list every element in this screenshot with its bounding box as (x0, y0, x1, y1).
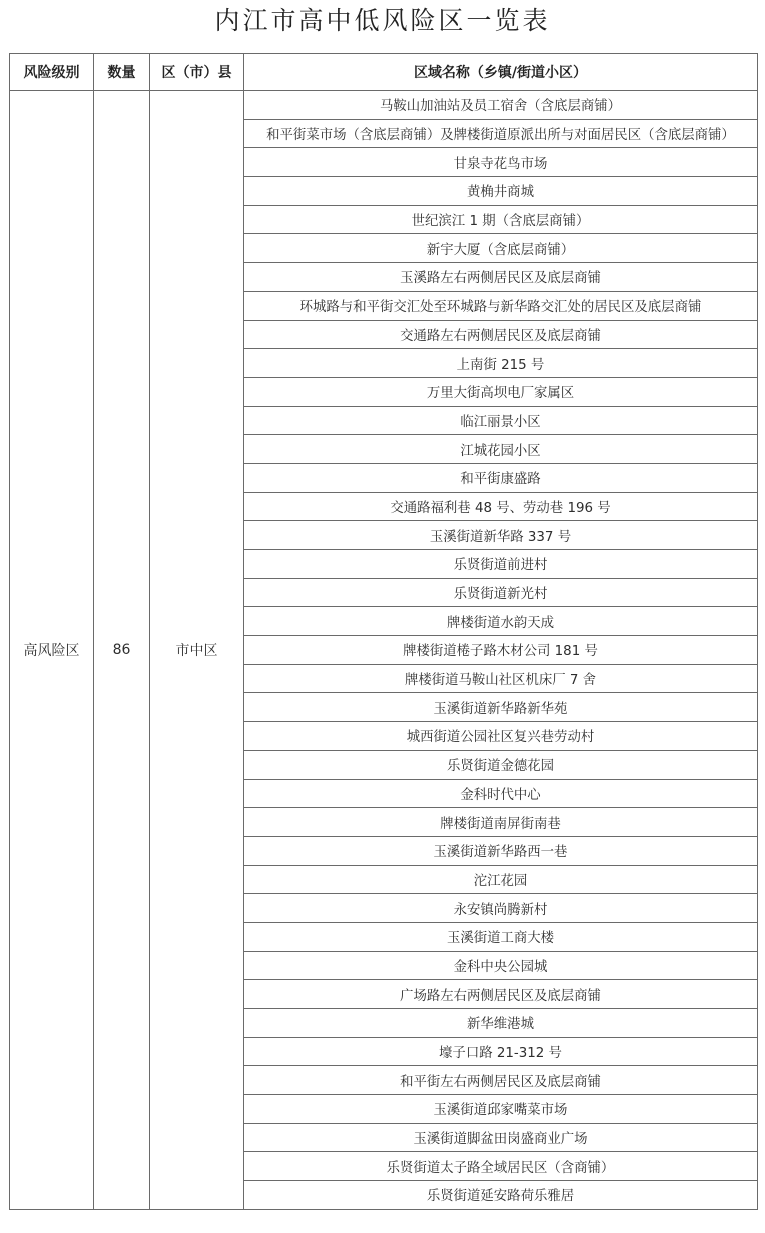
area-name-cell: 黄桷井商城 (244, 177, 758, 206)
page-title: 内江市高中低风险区一览表 (0, 4, 765, 38)
area-name-cell: 新华维港城 (244, 1009, 758, 1038)
area-name-cell: 壕子口路 21-312 号 (244, 1037, 758, 1066)
area-name-cell: 乐贤街道延安路荷乐雅居 (244, 1181, 758, 1210)
area-name-cell: 玉溪街道工商大楼 (244, 922, 758, 951)
area-name-cell: 临江丽景小区 (244, 406, 758, 435)
header-district: 区（市）县 (150, 54, 244, 91)
area-name-cell: 交通路福利巷 48 号、劳动巷 196 号 (244, 492, 758, 521)
area-name-cell: 乐贤街道金德花园 (244, 750, 758, 779)
area-name-cell: 和平街康盛路 (244, 463, 758, 492)
area-name-cell: 甘泉寺花鸟市场 (244, 148, 758, 177)
area-name-cell: 乐贤街道前进村 (244, 550, 758, 579)
area-name-cell: 沱江花园 (244, 865, 758, 894)
area-name-cell: 玉溪街道脚盆田岗盛商业广场 (244, 1123, 758, 1152)
area-name-cell: 新宇大厦（含底层商铺） (244, 234, 758, 263)
area-name-cell: 乐贤街道太子路全域居民区（含商铺） (244, 1152, 758, 1181)
area-name-cell: 世纪滨江 1 期（含底层商铺） (244, 205, 758, 234)
area-name-cell: 乐贤街道新光村 (244, 578, 758, 607)
area-name-cell: 马鞍山加油站及员工宿舍（含底层商铺） (244, 91, 758, 120)
area-name-cell: 江城花园小区 (244, 435, 758, 464)
district-cell: 市中区 (150, 91, 244, 1210)
area-name-cell: 玉溪路左右两侧居民区及底层商铺 (244, 263, 758, 292)
table-body: 高风险区86市中区马鞍山加油站及员工宿舍（含底层商铺）和平街菜市场（含底层商铺）… (10, 91, 758, 1210)
area-name-cell: 牌楼街道南屏街南巷 (244, 808, 758, 837)
area-name-cell: 牌楼街道马鞍山社区机床厂 7 舍 (244, 664, 758, 693)
risk-area-table: 风险级别 数量 区（市）县 区域名称（乡镇/街道小区） 高风险区86市中区马鞍山… (9, 53, 758, 1210)
risk-level-cell: 高风险区 (10, 91, 94, 1210)
area-name-cell: 广场路左右两侧居民区及底层商铺 (244, 980, 758, 1009)
area-name-cell: 牌楼街道棬子路木材公司 181 号 (244, 636, 758, 665)
area-name-cell: 金科时代中心 (244, 779, 758, 808)
area-name-cell: 玉溪街道新华路新华苑 (244, 693, 758, 722)
area-name-cell: 城西街道公园社区复兴巷劳动村 (244, 722, 758, 751)
area-name-cell: 和平街菜市场（含底层商铺）及牌楼街道原派出所与对面居民区（含底层商铺） (244, 119, 758, 148)
area-name-cell: 和平街左右两侧居民区及底层商铺 (244, 1066, 758, 1095)
table-row: 高风险区86市中区马鞍山加油站及员工宿舍（含底层商铺） (10, 91, 758, 120)
area-name-cell: 万里大街高坝电厂家属区 (244, 377, 758, 406)
header-area-name: 区域名称（乡镇/街道小区） (244, 54, 758, 91)
header-count: 数量 (94, 54, 150, 91)
area-name-cell: 永安镇尚腾新村 (244, 894, 758, 923)
area-name-cell: 玉溪街道邱家嘴菜市场 (244, 1095, 758, 1124)
area-name-cell: 金科中央公园城 (244, 951, 758, 980)
area-name-cell: 上南街 215 号 (244, 349, 758, 378)
count-cell: 86 (94, 91, 150, 1210)
area-name-cell: 交通路左右两侧居民区及底层商铺 (244, 320, 758, 349)
area-name-cell: 环城路与和平街交汇处至环城路与新华路交汇处的居民区及底层商铺 (244, 291, 758, 320)
area-name-cell: 玉溪街道新华路 337 号 (244, 521, 758, 550)
area-name-cell: 牌楼街道水韵天成 (244, 607, 758, 636)
header-risk-level: 风险级别 (10, 54, 94, 91)
table-header-row: 风险级别 数量 区（市）县 区域名称（乡镇/街道小区） (10, 54, 758, 91)
area-name-cell: 玉溪街道新华路西一巷 (244, 836, 758, 865)
